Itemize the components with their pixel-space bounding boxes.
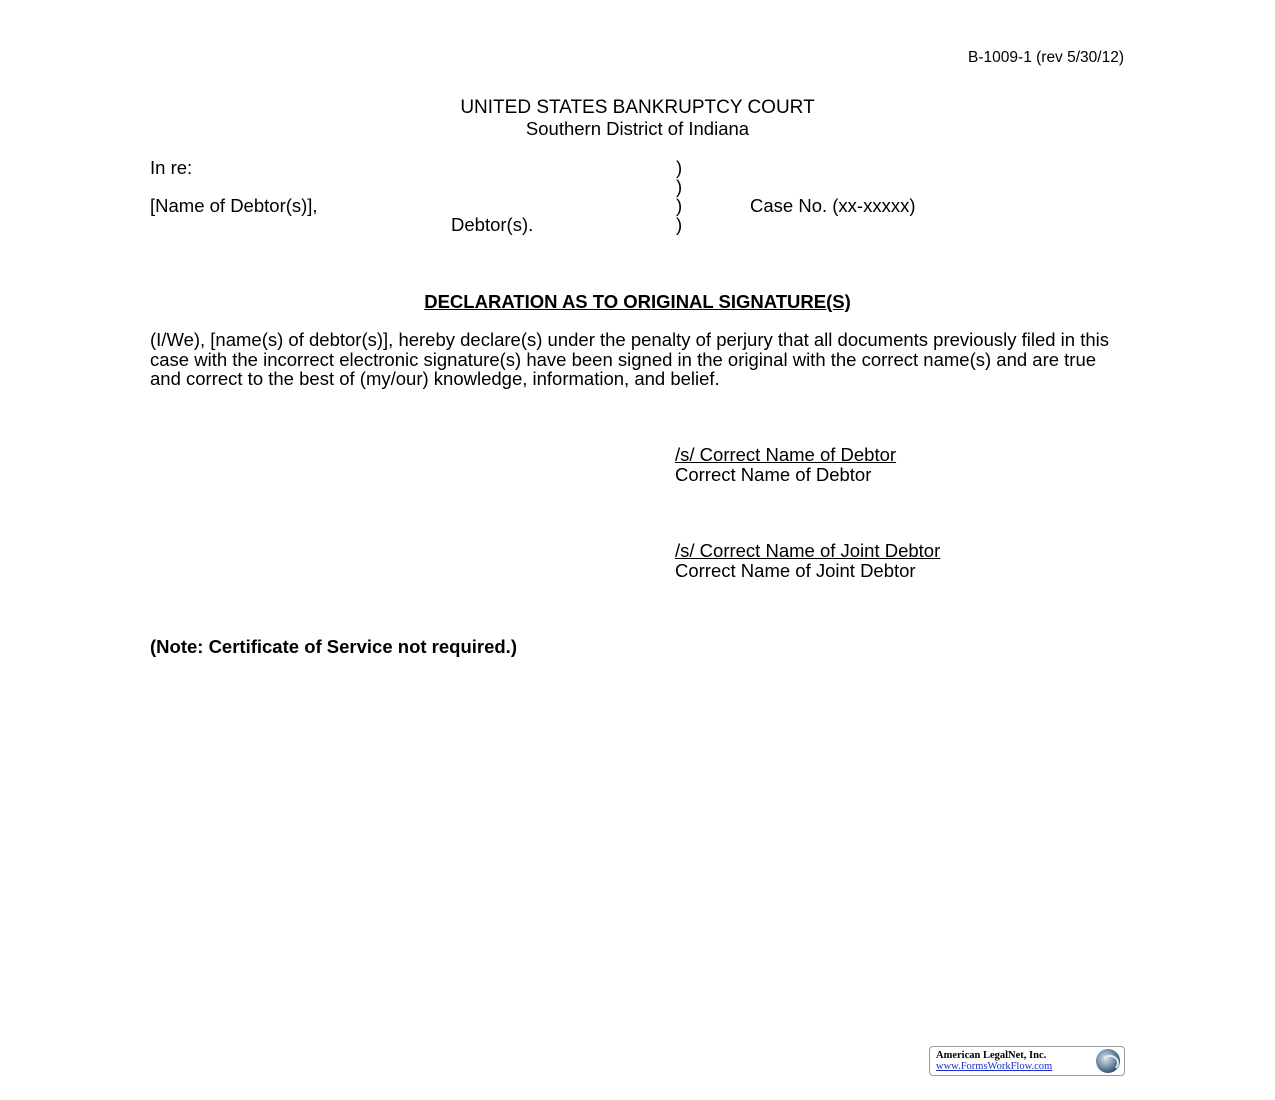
badge-url-link[interactable]: www.FormsWorkFlow.com bbox=[936, 1061, 1052, 1072]
service-note: (Note: Certificate of Service not requir… bbox=[150, 636, 517, 658]
caption-paren: ) bbox=[676, 158, 682, 177]
in-re-label: In re: bbox=[150, 158, 192, 177]
american-legalnet-badge[interactable]: American LegalNet, Inc. www.FormsWorkFlo… bbox=[929, 1046, 1125, 1076]
caption-paren: ) bbox=[676, 177, 682, 196]
printed-name: Correct Name of Debtor bbox=[675, 465, 896, 485]
electronic-signature: /s/ Correct Name of Debtor bbox=[675, 445, 896, 465]
case-number: Case No. (xx-xxxxx) bbox=[750, 196, 916, 215]
signature-block-debtor: /s/ Correct Name of Debtor Correct Name … bbox=[675, 445, 896, 484]
court-title: UNITED STATES BANKRUPTCY COURT bbox=[0, 98, 1275, 118]
globe-logo-icon bbox=[1096, 1049, 1120, 1073]
badge-company-name: American LegalNet, Inc. bbox=[936, 1050, 1046, 1061]
printed-name: Correct Name of Joint Debtor bbox=[675, 561, 940, 581]
signature-block-joint-debtor: /s/ Correct Name of Joint Debtor Correct… bbox=[675, 541, 940, 580]
debtor-name-placeholder: [Name of Debtor(s)], bbox=[150, 196, 318, 215]
declaration-title: DECLARATION AS TO ORIGINAL SIGNATURE(S) bbox=[0, 291, 1275, 313]
court-district: Southern District of Indiana bbox=[0, 119, 1275, 139]
form-revision-id: B-1009-1 (rev 5/30/12) bbox=[968, 49, 1124, 67]
debtor-label: Debtor(s). bbox=[451, 215, 533, 234]
electronic-signature: /s/ Correct Name of Joint Debtor bbox=[675, 541, 940, 561]
caption-paren: ) bbox=[676, 215, 682, 234]
declaration-body: (I/We), [name(s) of debtor(s)], hereby d… bbox=[150, 330, 1125, 389]
caption-paren: ) bbox=[676, 196, 682, 215]
